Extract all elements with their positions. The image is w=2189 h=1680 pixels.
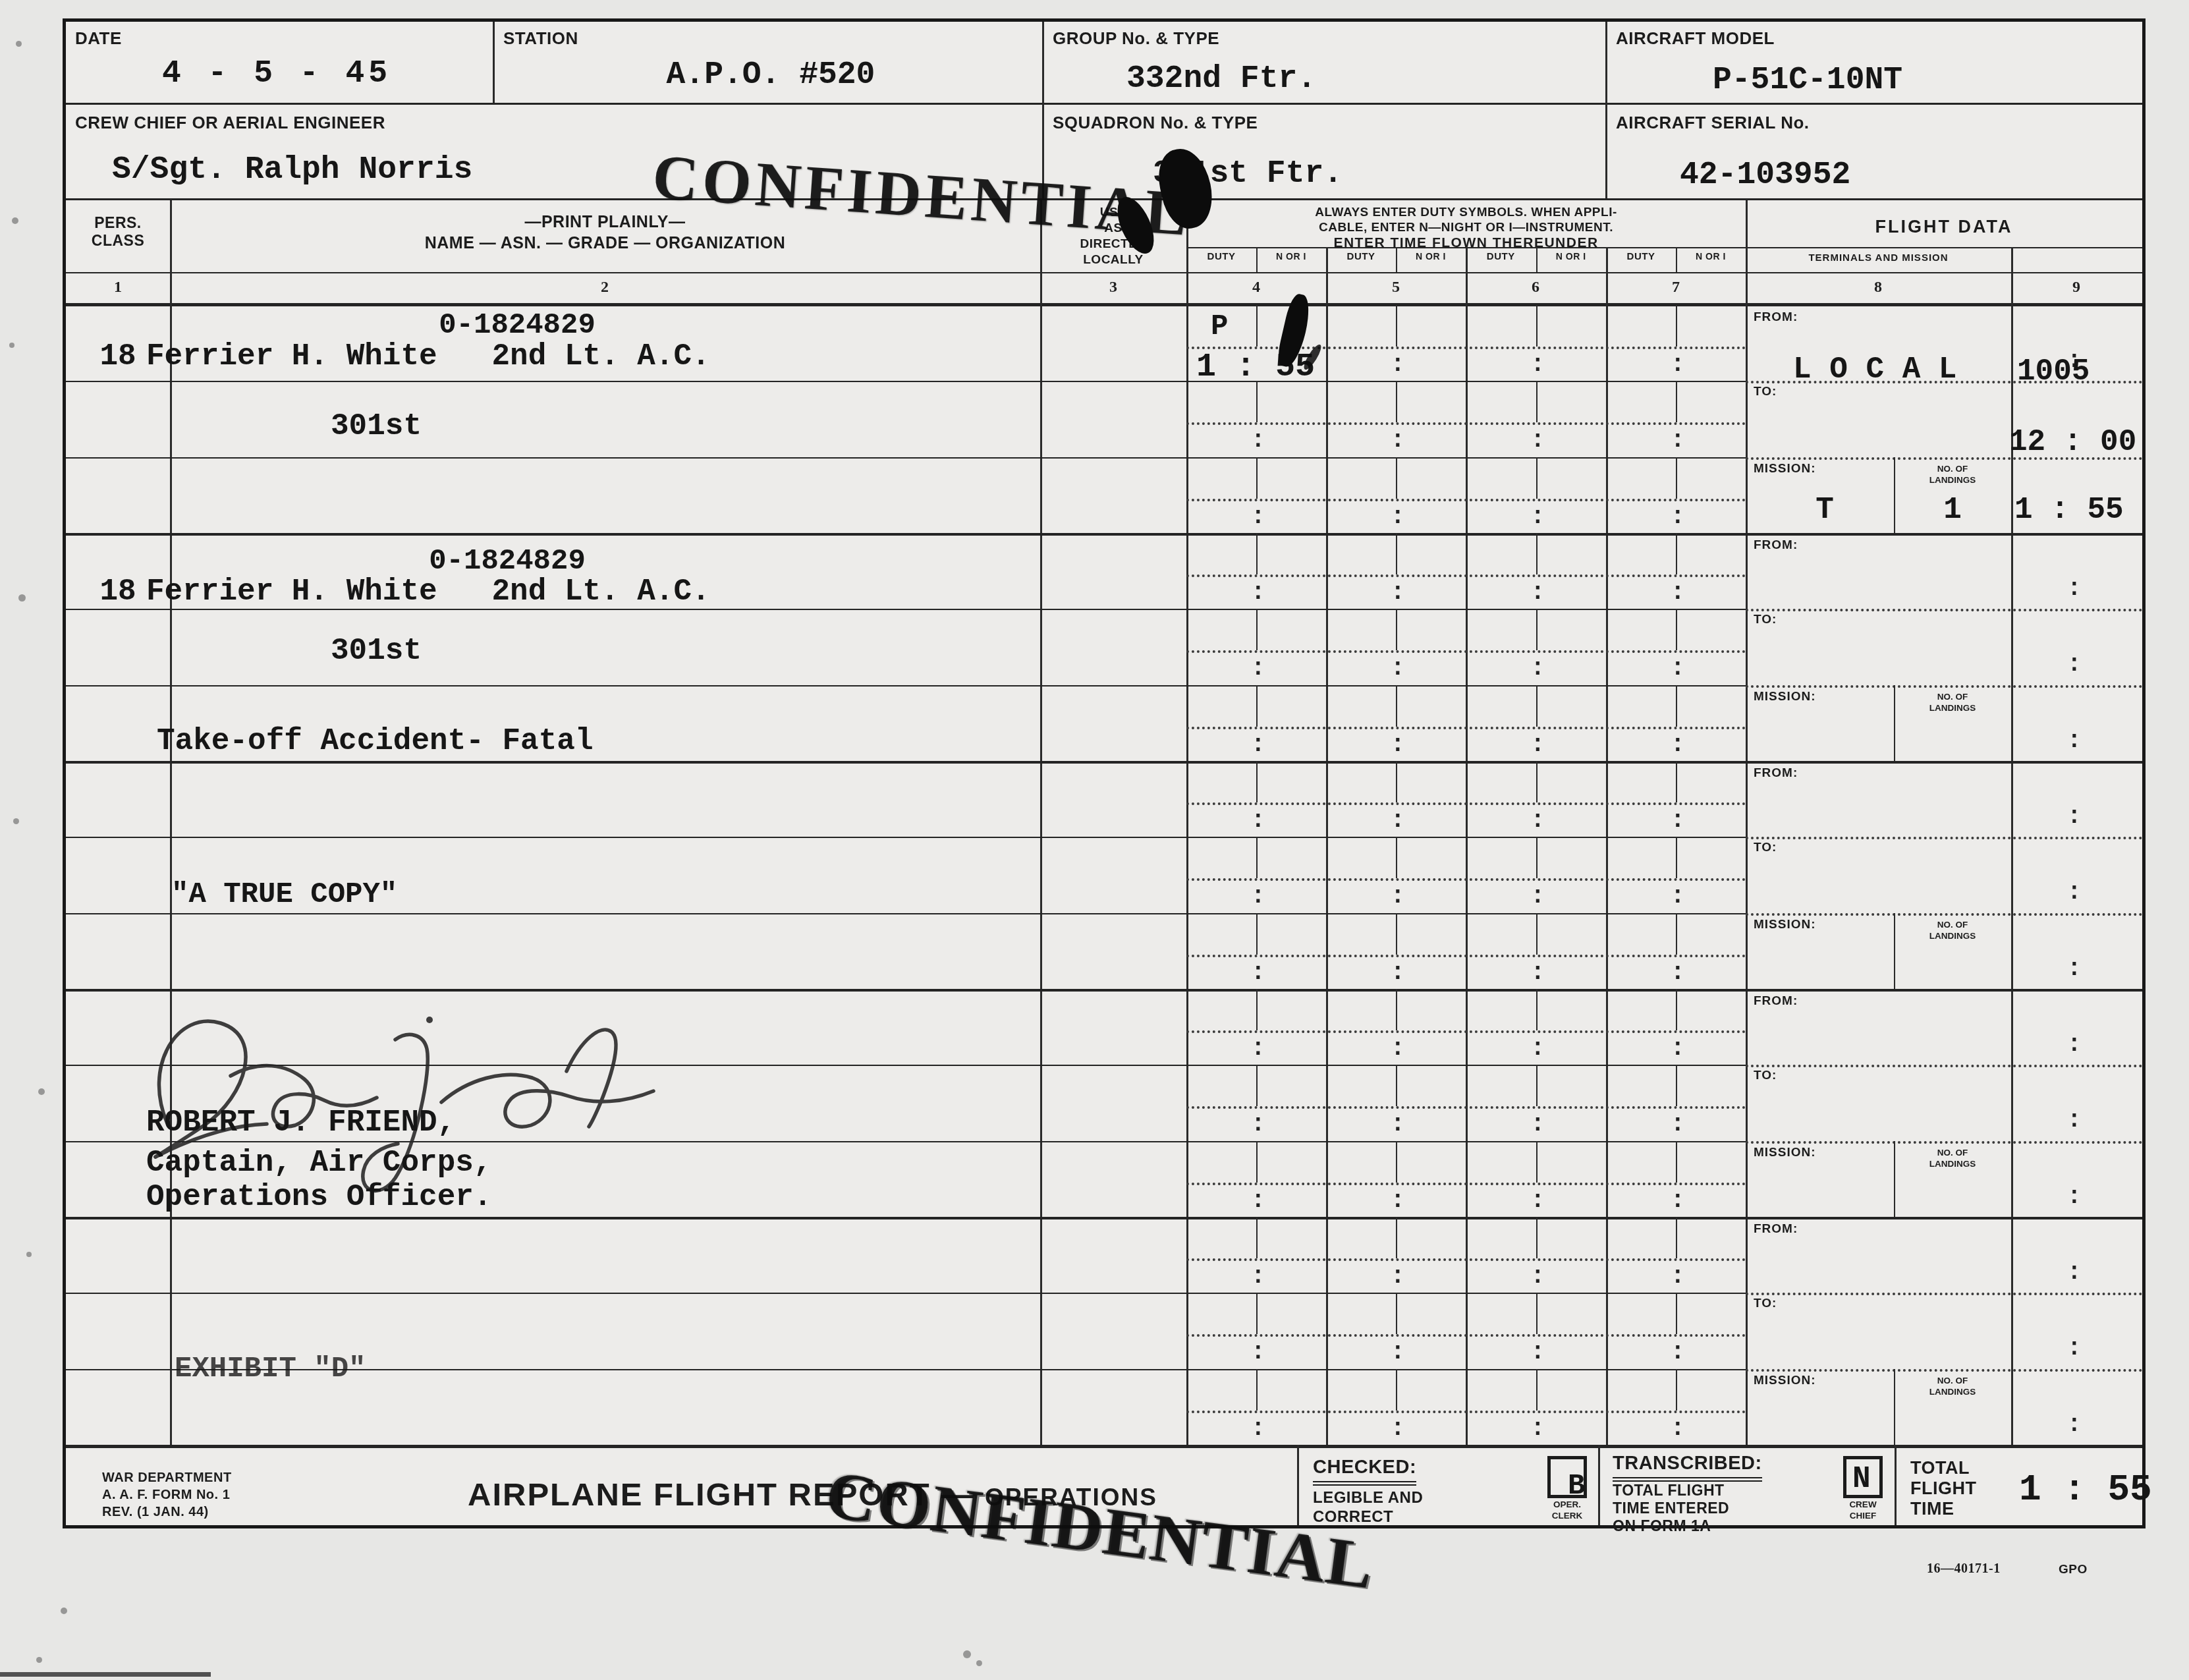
accident-note: Take-off Accident- Fatal xyxy=(157,724,594,758)
crew-chief-label: CREW CHIEF xyxy=(1833,1499,1893,1521)
duty-colon: : xyxy=(1671,579,1685,606)
landings-entry: 1 xyxy=(1894,493,2011,527)
duty-colon: : xyxy=(1251,959,1265,986)
duty-colon: : xyxy=(1671,351,1685,378)
station-label: STATION xyxy=(503,28,578,49)
table-grid-line xyxy=(1256,1217,1258,1258)
flight-data-header: FLIGHT DATA xyxy=(1746,217,2142,237)
duty-colon: : xyxy=(1391,883,1405,910)
table-grid-line xyxy=(66,837,1746,838)
flight-report-form: DATE 4 - 5 - 45 STATION A.P.O. #520 GROU… xyxy=(63,18,2146,1528)
duty-colon: : xyxy=(1671,1035,1685,1062)
asn-entry: 0-1824829 xyxy=(422,545,593,578)
duty-colon: : xyxy=(1251,1263,1265,1290)
from-terminal-entry: L O C A L xyxy=(1793,352,1956,387)
table-grid-line xyxy=(1396,1141,1397,1183)
table-grid-line xyxy=(1536,913,1538,955)
duty-colon: : xyxy=(1531,1111,1545,1138)
duty-instruction-header: ALWAYS ENTER DUTY SYMBOLS. WHEN APPLI- C… xyxy=(1186,205,1746,251)
signed-title: Operations Officer. xyxy=(146,1180,492,1214)
landings-label: NO. OF LANDINGS xyxy=(1897,919,2009,941)
table-grid-line xyxy=(1536,761,1538,802)
table-grid-line xyxy=(66,1293,1746,1294)
name-entry: Ferrier H. White 2nd Lt. A.C. xyxy=(146,574,710,609)
scan-edge-artifact xyxy=(0,1672,211,1677)
table-dotted-line xyxy=(1186,1258,1746,1261)
duty-subheader: DUTY xyxy=(1606,251,1676,262)
table-grid-line xyxy=(1536,609,1538,650)
crew-chief-label: CREW CHIEF OR AERIAL ENGINEER xyxy=(75,113,385,133)
table-dotted-line xyxy=(1186,422,1746,425)
from-label: FROM: xyxy=(1754,994,1798,1009)
duty-colon: : xyxy=(1251,1415,1265,1442)
duty-colon: : xyxy=(1391,1111,1405,1138)
crew-chief-value: S/Sgt. Ralph Norris xyxy=(112,152,472,188)
aircraft-model-label: AIRCRAFT MODEL xyxy=(1616,28,1775,49)
from-label: FROM: xyxy=(1754,1222,1798,1237)
table-grid-line xyxy=(1536,1141,1538,1183)
table-dotted-line xyxy=(1186,1334,1746,1337)
table-grid-line xyxy=(1256,1293,1258,1334)
duty-colon: : xyxy=(1531,427,1545,454)
exhibit-note: EXHIBIT "D" xyxy=(175,1353,366,1386)
aircraft-model-value: P-51C-10NT xyxy=(1713,63,1902,98)
duty-colon: : xyxy=(1531,1263,1545,1290)
to-label: TO: xyxy=(1754,613,1777,627)
table-grid-line xyxy=(1396,685,1397,727)
table-grid-line xyxy=(1605,22,1607,198)
flight-time-colon: : xyxy=(2067,803,2082,830)
duty-colon: : xyxy=(1671,883,1685,910)
duty-colon: : xyxy=(1391,503,1405,530)
col-number-4: 4 xyxy=(1230,279,1283,296)
table-grid-line xyxy=(1894,913,1895,989)
duty-colon: : xyxy=(1531,351,1545,378)
table-dotted-line xyxy=(1186,1183,1746,1185)
transcribed-label: TRANSCRIBED: xyxy=(1613,1453,1762,1482)
duty-colon: : xyxy=(1391,1263,1405,1290)
table-grid-line xyxy=(66,913,1746,914)
table-grid-line xyxy=(1256,989,1258,1030)
table-grid-line xyxy=(1396,1369,1397,1411)
col-number-2: 2 xyxy=(578,279,631,296)
col-number-9: 9 xyxy=(2050,279,2103,296)
table-grid-line xyxy=(170,200,172,1445)
table-grid-line xyxy=(1256,1141,1258,1183)
table-grid-line xyxy=(1894,1369,1895,1445)
table-grid-line xyxy=(66,303,2142,306)
table-grid-line xyxy=(1536,305,1538,347)
duty-subheader: DUTY xyxy=(1466,251,1536,262)
table-grid-line xyxy=(1676,381,1677,422)
table-grid-line xyxy=(66,533,2142,536)
duty-colon: : xyxy=(1531,883,1545,910)
flight-time-colon: : xyxy=(2067,1335,2082,1362)
duty-colon: : xyxy=(1671,959,1685,986)
organization-entry: 301st xyxy=(331,634,422,668)
duty-colon: : xyxy=(1391,731,1405,758)
to-label: TO: xyxy=(1754,1297,1777,1311)
checked-text: LEGIBLE AND CORRECT xyxy=(1313,1488,1423,1526)
table-grid-line xyxy=(1676,1369,1677,1411)
duty-colon: : xyxy=(1251,1339,1265,1366)
flight-time-colon: : xyxy=(2067,727,2082,754)
table-grid-line xyxy=(1536,1369,1538,1411)
flight-time-colon: : xyxy=(2067,1183,2082,1210)
mission-label: MISSION: xyxy=(1754,1146,1816,1160)
table-grid-line xyxy=(1676,1141,1677,1183)
table-grid-line xyxy=(1396,381,1397,422)
table-grid-line xyxy=(1536,837,1538,878)
table-dotted-line xyxy=(1186,727,1746,729)
terminals-mission-header: TERMINALS AND MISSION xyxy=(1746,252,2011,264)
table-grid-line xyxy=(1676,837,1677,878)
duty-colon: : xyxy=(1531,731,1545,758)
duty-colon: : xyxy=(1671,503,1685,530)
table-dotted-line xyxy=(1186,802,1746,805)
table-grid-line xyxy=(1894,685,1895,761)
table-grid-line xyxy=(1186,247,2142,248)
squadron-label: SQUADRON No. & TYPE xyxy=(1053,113,1258,133)
duty-colon: : xyxy=(1251,1111,1265,1138)
table-grid-line xyxy=(66,761,2142,764)
duty-colon: : xyxy=(1391,1415,1405,1442)
landings-label: NO. OF LANDINGS xyxy=(1897,1375,2009,1397)
scan-speck xyxy=(16,41,22,47)
table-grid-line xyxy=(66,1445,2142,1448)
to-label: TO: xyxy=(1754,1069,1777,1083)
table-grid-line xyxy=(1536,533,1538,574)
duty-colon: : xyxy=(1391,655,1405,682)
duty-colon: : xyxy=(1671,655,1685,682)
name-asn-grade-header: NAME — ASN. — GRADE — ORGANIZATION xyxy=(170,234,1040,253)
to-label: TO: xyxy=(1754,385,1777,399)
flight-time-colon: : xyxy=(2067,1031,2082,1058)
table-grid-line xyxy=(1256,913,1258,955)
scan-speck xyxy=(9,343,14,348)
table-grid-line xyxy=(1894,1141,1895,1217)
duty-colon: : xyxy=(1391,351,1405,378)
duty-colon: : xyxy=(1671,1111,1685,1138)
oper-clerk-initial: B xyxy=(1568,1470,1585,1503)
col-number-1: 1 xyxy=(92,279,144,296)
table-grid-line xyxy=(1676,1293,1677,1334)
duty-colon: : xyxy=(1531,655,1545,682)
true-copy-note: "A TRUE COPY" xyxy=(171,878,397,911)
mission-symbol-entry: T xyxy=(1792,493,1858,527)
form-info: WAR DEPARTMENT A. A. F. FORM No. 1 REV. … xyxy=(102,1469,232,1521)
nori-subheader: N OR I xyxy=(1396,251,1466,262)
table-grid-line xyxy=(1598,1445,1600,1525)
scan-speck xyxy=(36,1657,42,1663)
table-grid-line xyxy=(1676,685,1677,727)
duty-colon: : xyxy=(1391,1035,1405,1062)
scan-speck xyxy=(61,1608,67,1614)
flight-time-colon: : xyxy=(2067,879,2082,906)
nori-subheader: N OR I xyxy=(1536,251,1607,262)
duty-colon: : xyxy=(1531,579,1545,606)
mission-time-entry: 1 : 55 xyxy=(2014,493,2124,527)
flight-time-colon: : xyxy=(2067,575,2082,602)
flight-time-colon: : xyxy=(2067,955,2082,982)
duty-colon: : xyxy=(1251,503,1265,530)
table-dotted-line xyxy=(1746,837,2142,839)
oper-clerk-label: OPER. CLERK xyxy=(1538,1499,1597,1521)
duty-colon: : xyxy=(1671,1263,1685,1290)
duty-subheader: DUTY xyxy=(1186,251,1256,262)
mission-label: MISSION: xyxy=(1754,690,1816,704)
duty-colon: : xyxy=(1251,883,1265,910)
flight-time-colon: : xyxy=(2067,1107,2082,1134)
duty-colon: : xyxy=(1391,959,1405,986)
total-flight-time-label: TOTAL FLIGHT TIME xyxy=(1910,1458,1976,1519)
landings-label: NO. OF LANDINGS xyxy=(1897,1147,2009,1169)
duty-colon: : xyxy=(1251,1035,1265,1062)
flight-time-colon: : xyxy=(2067,651,2082,678)
print-code: 16—40171-1 xyxy=(1927,1561,2001,1577)
table-grid-line xyxy=(1297,1445,1299,1525)
group-value: 332nd Ftr. xyxy=(1126,61,1316,97)
table-grid-line xyxy=(1536,1293,1538,1334)
table-grid-line xyxy=(1326,247,1328,1445)
table-grid-line xyxy=(1396,1217,1397,1258)
table-grid-line xyxy=(1676,1065,1677,1106)
table-grid-line xyxy=(66,1217,2142,1219)
table-dotted-line xyxy=(1186,1030,1746,1033)
table-grid-line xyxy=(1396,989,1397,1030)
table-grid-line xyxy=(1676,913,1677,955)
table-grid-line xyxy=(1256,609,1258,650)
crew-chief-initial: N xyxy=(1852,1462,1871,1496)
scan-speck xyxy=(963,1650,971,1658)
flight-time-colon: : xyxy=(2067,1411,2082,1438)
duty-colon: : xyxy=(1391,579,1405,606)
name-entry: Ferrier H. White 2nd Lt. A.C. xyxy=(146,339,710,374)
table-grid-line xyxy=(66,457,1746,459)
table-grid-line xyxy=(1396,1293,1397,1334)
table-grid-line xyxy=(66,103,2142,105)
group-label: GROUP No. & TYPE xyxy=(1053,28,1219,49)
table-grid-line xyxy=(493,22,495,103)
nori-subheader: N OR I xyxy=(1676,251,1746,262)
duty-colon: : xyxy=(1531,1339,1545,1366)
table-grid-line xyxy=(1396,305,1397,347)
date-label: DATE xyxy=(75,28,122,49)
duty-colon: : xyxy=(1391,807,1405,834)
duty-subheader: DUTY xyxy=(1326,251,1396,262)
duty-colon: : xyxy=(1671,1187,1685,1214)
flight-time-colon: : xyxy=(2067,1259,2082,1286)
mission-label: MISSION: xyxy=(1754,918,1816,932)
scan-speck xyxy=(13,818,19,824)
table-grid-line xyxy=(1536,457,1538,499)
total-flight-time-value: 1 : 55 xyxy=(2019,1469,2152,1511)
table-dotted-line xyxy=(1746,1369,2142,1372)
table-grid-line xyxy=(1536,1217,1538,1258)
table-grid-line xyxy=(1256,685,1258,727)
table-grid-line xyxy=(1256,457,1258,499)
checked-label: CHECKED: xyxy=(1313,1457,1416,1486)
table-grid-line xyxy=(1396,837,1397,878)
table-grid-line xyxy=(1466,247,1468,1445)
from-label: FROM: xyxy=(1754,310,1798,325)
duty-colon: : xyxy=(1671,1415,1685,1442)
table-grid-line xyxy=(1396,609,1397,650)
table-grid-line xyxy=(1396,457,1397,499)
date-value: 4 - 5 - 45 xyxy=(105,56,448,92)
table-grid-line xyxy=(1256,305,1258,347)
nori-subheader: N OR I xyxy=(1256,251,1326,262)
from-label: FROM: xyxy=(1754,538,1798,553)
duty-colon: : xyxy=(1531,959,1545,986)
col-number-7: 7 xyxy=(1649,279,1702,296)
table-grid-line xyxy=(1746,200,1748,1445)
table-grid-line xyxy=(1396,761,1397,802)
table-dotted-line xyxy=(1186,878,1746,881)
duty-colon: : xyxy=(1391,427,1405,454)
duty-colon: : xyxy=(1251,1187,1265,1214)
duty-colon: : xyxy=(1251,807,1265,834)
duty-colon: : xyxy=(1531,1415,1545,1442)
scan-speck xyxy=(12,217,18,224)
table-grid-line xyxy=(1676,1217,1677,1258)
from-label: FROM: xyxy=(1754,766,1798,781)
table-grid-line xyxy=(1676,457,1677,499)
table-grid-line xyxy=(1396,913,1397,955)
scan-speck xyxy=(18,594,26,602)
table-dotted-line xyxy=(1746,685,2142,688)
table-grid-line xyxy=(1396,533,1397,574)
table-grid-line xyxy=(1536,989,1538,1030)
duty-colon: : xyxy=(1671,807,1685,834)
duty-colon: : xyxy=(1251,579,1265,606)
scanned-page: DATE 4 - 5 - 45 STATION A.P.O. #520 GROU… xyxy=(0,0,2189,1680)
asn-entry: 0-1824829 xyxy=(431,309,603,342)
to-label: TO: xyxy=(1754,841,1777,855)
duty-colon: : xyxy=(1251,427,1265,454)
table-dotted-line xyxy=(1186,955,1746,957)
transcribed-text: TOTAL FLIGHT TIME ENTERED ON FORM 1A xyxy=(1613,1482,1729,1535)
col-number-3: 3 xyxy=(1087,279,1140,296)
aircraft-serial-label: AIRCRAFT SERIAL No. xyxy=(1616,113,1810,133)
table-grid-line xyxy=(66,609,1746,610)
table-grid-line xyxy=(1676,305,1677,347)
table-grid-line xyxy=(1256,837,1258,878)
table-grid-line xyxy=(66,685,1746,686)
table-dotted-line xyxy=(1746,1293,2142,1295)
table-dotted-line xyxy=(1746,609,2142,611)
duty-colon: : xyxy=(1531,503,1545,530)
mission-label: MISSION: xyxy=(1754,1374,1816,1388)
table-grid-line xyxy=(1256,381,1258,422)
table-grid-line xyxy=(1895,1445,1897,1525)
organization-entry: 301st xyxy=(331,409,422,443)
table-grid-line xyxy=(1676,761,1677,802)
scan-speck xyxy=(38,1088,45,1095)
pers-class-header: PERS. CLASS xyxy=(66,214,170,250)
duty-colon: : xyxy=(1671,1339,1685,1366)
duty-colon: : xyxy=(1251,731,1265,758)
table-dotted-line xyxy=(1746,1141,2142,1144)
table-dotted-line xyxy=(1186,1411,1746,1413)
table-dotted-line xyxy=(1186,1106,1746,1109)
table-grid-line xyxy=(1256,533,1258,574)
to-time-entry: 12 : 00 xyxy=(2009,425,2136,459)
table-grid-line xyxy=(1606,247,1608,1445)
table-grid-line xyxy=(1676,609,1677,650)
duty-symbol-entry: P xyxy=(1211,310,1228,343)
duty-colon: : xyxy=(1671,427,1685,454)
table-grid-line xyxy=(66,272,2142,273)
table-grid-line xyxy=(1676,989,1677,1030)
mission-label: MISSION: xyxy=(1754,462,1816,476)
from-time-entry: 1005 xyxy=(2017,354,2090,389)
gpo-mark: GPO xyxy=(2059,1563,2088,1577)
station-value: A.P.O. #520 xyxy=(527,57,1014,93)
landings-label: NO. OF LANDINGS xyxy=(1897,463,2009,486)
col-number-6: 6 xyxy=(1509,279,1562,296)
table-grid-line xyxy=(66,381,1746,382)
table-grid-line xyxy=(1536,1065,1538,1106)
duty-colon: : xyxy=(1391,1339,1405,1366)
table-dotted-line xyxy=(1746,1065,2142,1067)
table-dotted-line xyxy=(1186,650,1746,653)
table-dotted-line xyxy=(1746,913,2142,916)
table-dotted-line xyxy=(1186,499,1746,501)
duty-colon: : xyxy=(1531,1187,1545,1214)
table-grid-line xyxy=(1396,1065,1397,1106)
duty-colon: : xyxy=(1531,807,1545,834)
table-grid-line xyxy=(1676,533,1677,574)
landings-label: NO. OF LANDINGS xyxy=(1897,691,2009,714)
table-grid-line xyxy=(1536,685,1538,727)
col-number-8: 8 xyxy=(1852,279,1904,296)
duty-colon: : xyxy=(1531,1035,1545,1062)
table-grid-line xyxy=(1256,761,1258,802)
duty-colon: : xyxy=(1671,731,1685,758)
table-grid-line xyxy=(1040,200,1042,1445)
table-grid-line xyxy=(1256,1065,1258,1106)
signed-rank: Captain, Air Corps, xyxy=(146,1146,492,1180)
table-dotted-line xyxy=(1186,574,1746,577)
table-grid-line xyxy=(1256,1369,1258,1411)
duty-colon: : xyxy=(1251,655,1265,682)
scan-speck xyxy=(26,1252,32,1257)
duty-colon: : xyxy=(1391,1187,1405,1214)
table-grid-line xyxy=(1536,381,1538,422)
scan-speck xyxy=(976,1660,982,1666)
aircraft-serial-value: 42-103952 xyxy=(1680,157,1850,193)
col-number-5: 5 xyxy=(1370,279,1422,296)
signed-name: ROBERT J. FRIEND, xyxy=(146,1106,455,1140)
